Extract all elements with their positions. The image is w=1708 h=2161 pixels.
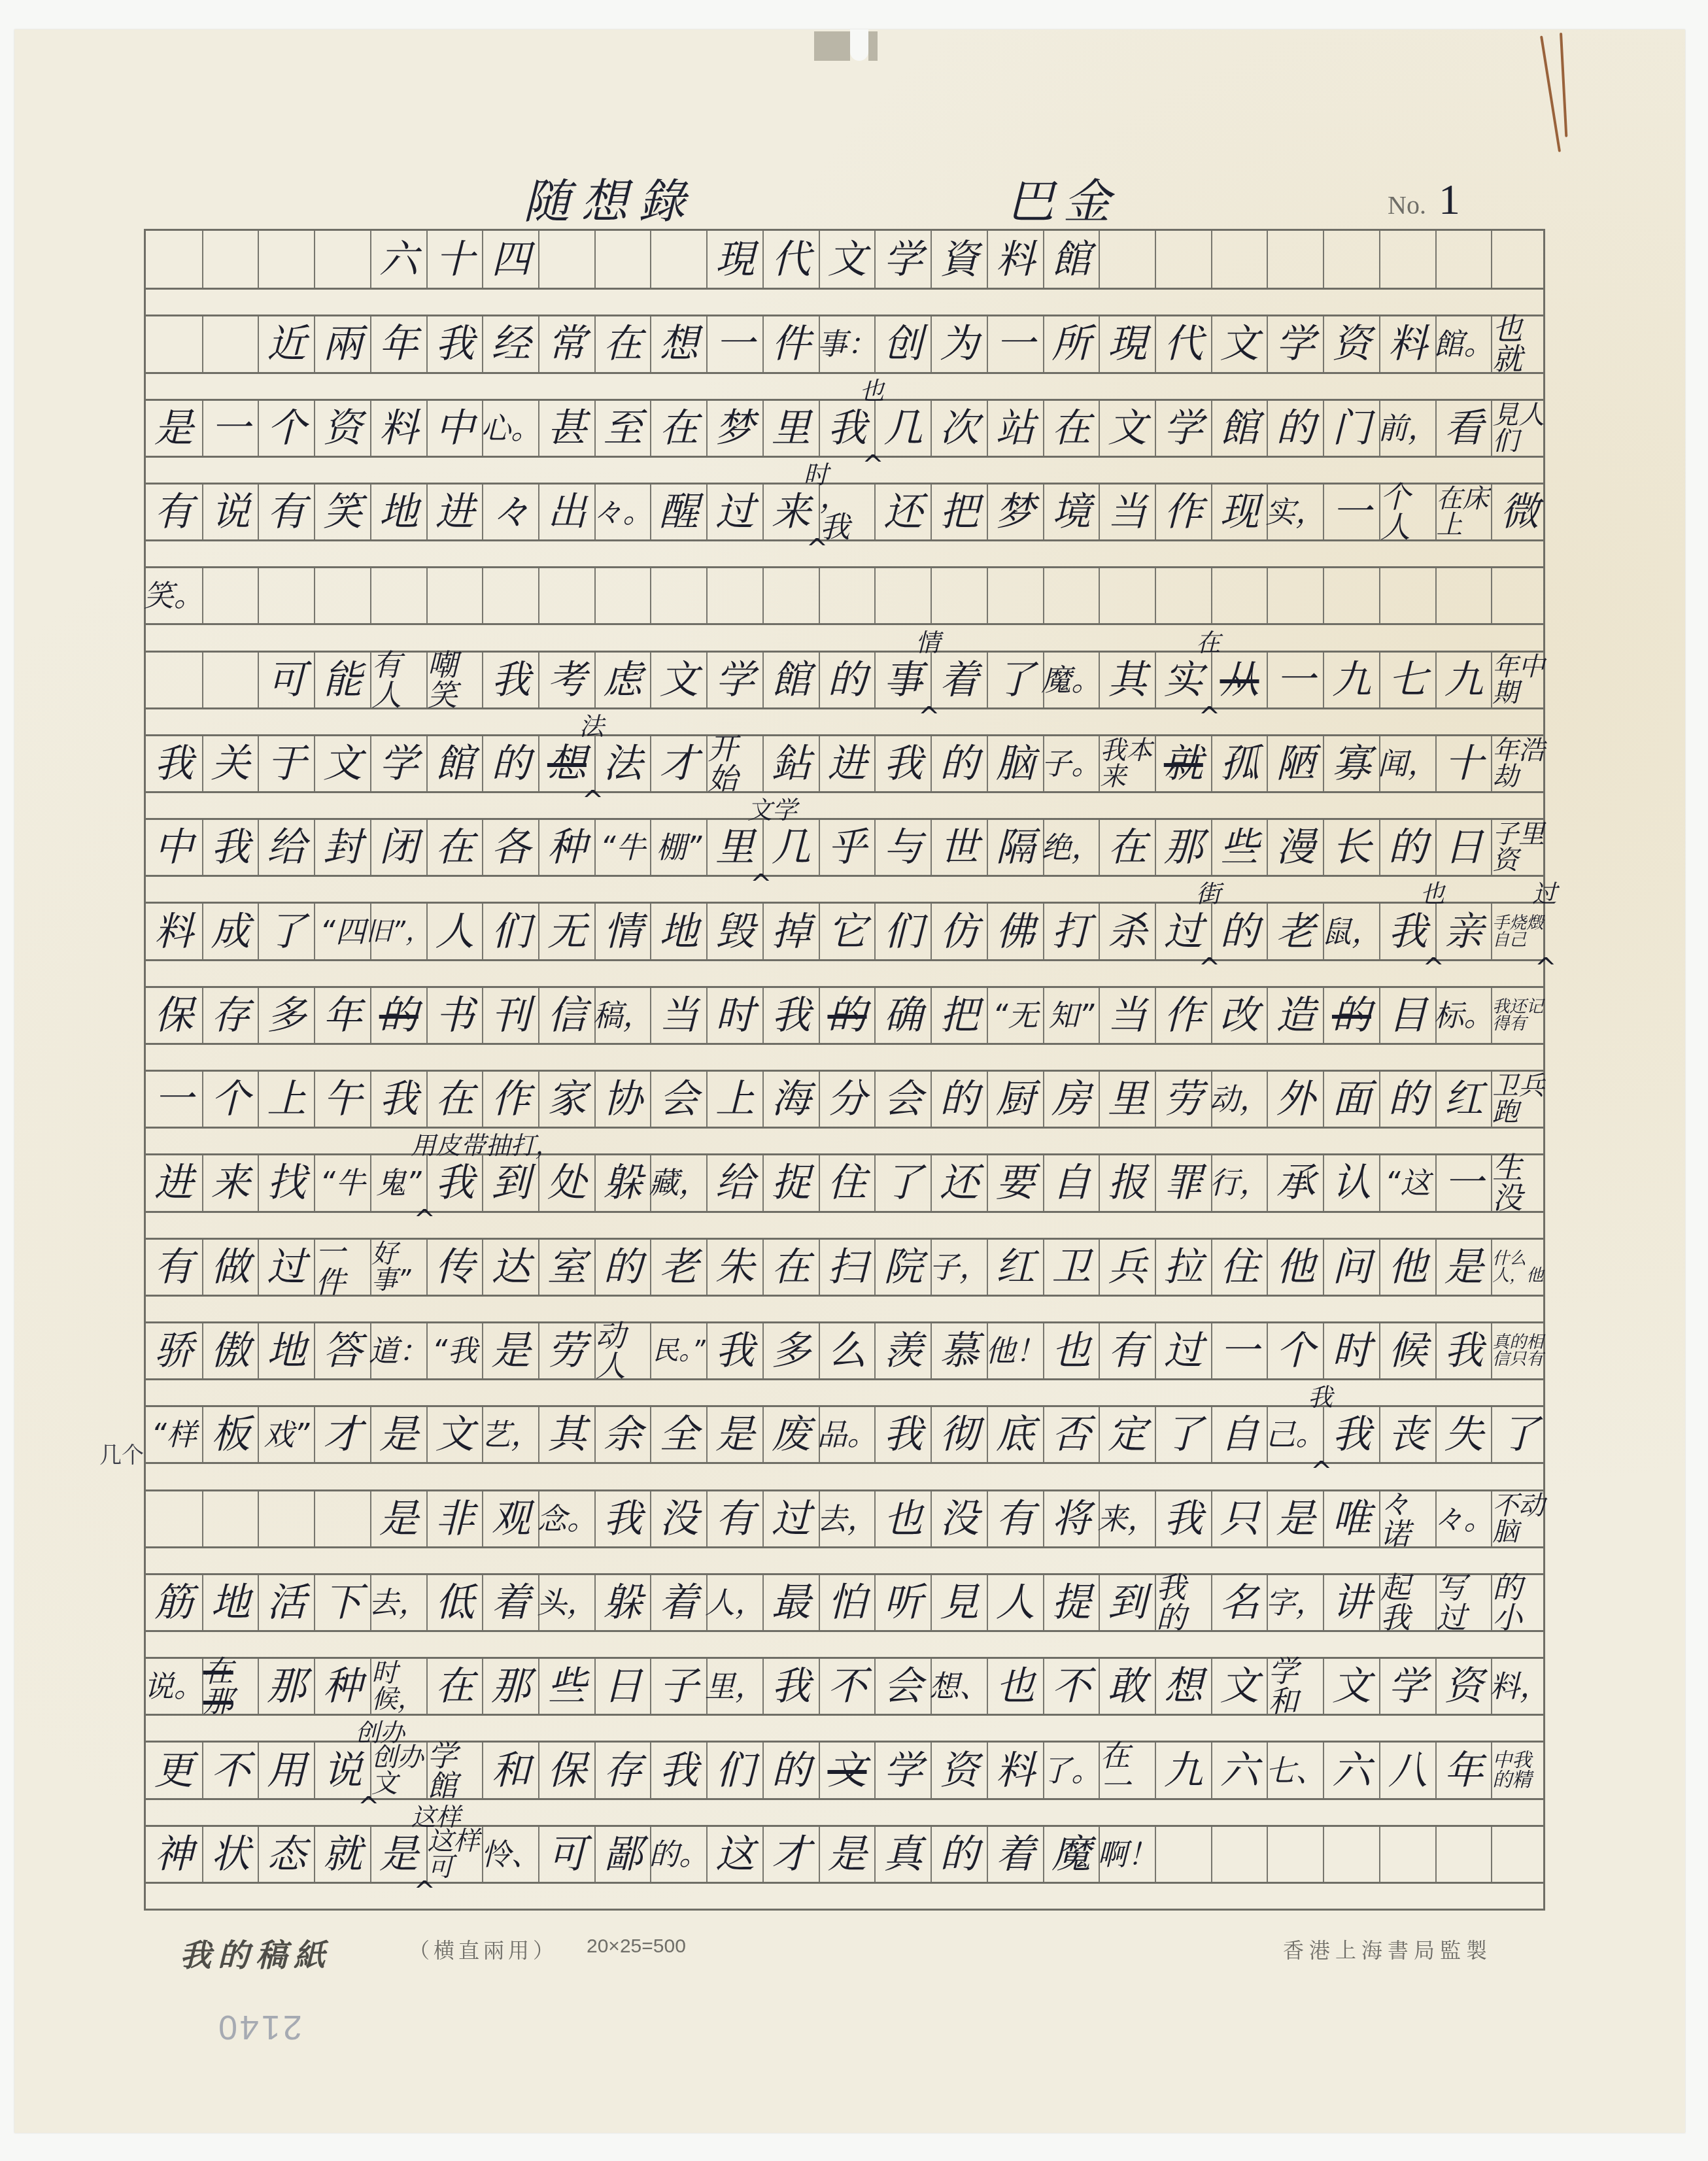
- grid-cell: 海: [762, 1072, 819, 1127]
- grid-cell: 文: [314, 736, 370, 791]
- grid-cell: 那: [482, 1659, 538, 1714]
- grid-cell: 低: [426, 1575, 483, 1630]
- grid-cell: 写过: [1435, 1575, 1492, 1630]
- grid-cell: 动人: [594, 1323, 651, 1378]
- grid-cell: [314, 231, 370, 288]
- grid-cell: [1435, 568, 1492, 623]
- grid-cell: 現: [706, 231, 762, 288]
- grid-cell: 绝，: [1043, 820, 1099, 875]
- grid-cell: 多: [258, 988, 314, 1043]
- grid-cell: 館。: [1435, 316, 1492, 371]
- grid-cell: 动，: [1211, 1072, 1267, 1127]
- grid-cell: 我还记得有: [1491, 988, 1547, 1043]
- grid-cell: 也就: [1491, 316, 1547, 371]
- grid-cell: 館: [1043, 231, 1099, 288]
- grid-cell: 起我: [1379, 1575, 1435, 1630]
- grid-cell: 有: [1099, 1323, 1155, 1378]
- grid-cell: 经: [482, 316, 538, 371]
- grid-cell: 子里资: [1491, 820, 1547, 875]
- grid-cell: 現: [1099, 316, 1155, 371]
- grid-cell: 怜、: [482, 1827, 538, 1882]
- grid-cell: 常: [538, 316, 594, 371]
- grid-cell: 当: [650, 988, 706, 1043]
- grid-cell: 进: [819, 736, 875, 791]
- grid-cell: 情: [594, 904, 651, 959]
- grid-cell: 出: [538, 485, 594, 539]
- grid-cell: 行，: [1211, 1155, 1267, 1210]
- grid-cell: 乎: [819, 820, 875, 875]
- grid-cell: 头，: [538, 1575, 594, 1630]
- grid-cell: 这样可: [426, 1827, 483, 1882]
- margin-note: 几个: [99, 1437, 144, 1469]
- grid-cell: 想: [538, 736, 594, 791]
- insertion-text: 也: [859, 371, 884, 407]
- grid-cell: 那: [258, 1659, 314, 1714]
- grid-cell: 々: [482, 485, 538, 539]
- grid-cell: 从: [1211, 653, 1267, 707]
- grid-cell: 料: [1379, 316, 1435, 371]
- grid-cell: 要: [987, 1155, 1043, 1210]
- grid-cell: 的: [762, 1743, 819, 1797]
- grid-cell: 我: [1379, 904, 1435, 959]
- grid-cell: [1267, 1827, 1323, 1882]
- grid-cell: 的: [819, 653, 875, 707]
- grid-cell: [202, 568, 258, 623]
- grid-cell: 微: [1491, 485, 1547, 539]
- grid-cell: 館: [426, 736, 483, 791]
- grid-cell: [1491, 1827, 1547, 1882]
- grid-cell: [146, 1491, 202, 1546]
- grid-cell: 更: [146, 1743, 202, 1797]
- grid-cell: 一: [1435, 1155, 1492, 1210]
- grid-cell: 会: [874, 1072, 931, 1127]
- grid-cell: 和: [482, 1743, 538, 1797]
- grid-cell: 境: [1043, 485, 1099, 539]
- grid-cell: 学: [370, 736, 426, 791]
- grid-cell: 丧: [1379, 1407, 1435, 1462]
- grid-cell: 去，: [370, 1575, 426, 1630]
- grid-cell: 扫: [819, 1240, 875, 1295]
- grid-cell: 将: [1043, 1491, 1099, 1546]
- grid-cell: 躲: [594, 1155, 651, 1210]
- grid-cell: 的: [819, 988, 875, 1043]
- manuscript-row: 说。在那那种时候，在那些日子里，我不会想、也不敢想文学和文学资料，: [146, 1657, 1543, 1716]
- grid-cell: 讲: [1323, 1575, 1379, 1630]
- insertion-caret-icon: ^: [358, 1792, 380, 1822]
- grid-cell: 才: [762, 1827, 819, 1882]
- grid-cell: [1379, 1827, 1435, 1882]
- manuscript-grid: 六十四現代文学資料館近兩年我经常在想一件事：创为一所現代文学资料館。也就是一个资…: [144, 229, 1545, 1911]
- grid-cell: 提: [1043, 1575, 1099, 1630]
- grid-cell: 人: [426, 904, 483, 959]
- grid-cell: 甚: [538, 401, 594, 456]
- grid-cell: 年: [1435, 1743, 1492, 1797]
- grid-cell: 好事”: [370, 1240, 426, 1295]
- grid-cell: 々诺: [1379, 1491, 1435, 1546]
- grid-cell: 藏，: [650, 1155, 706, 1210]
- grid-cell: ，我: [819, 485, 875, 539]
- grid-cell: [1155, 1827, 1211, 1882]
- grid-cell: [1323, 568, 1379, 623]
- grid-cell: 笑。: [146, 568, 202, 623]
- grid-cell: 罪: [1155, 1155, 1211, 1210]
- grid-cell: 几: [874, 401, 931, 456]
- grid-cell: 在床上: [1435, 485, 1492, 539]
- grid-cell: 个: [1267, 1323, 1323, 1378]
- grid-cell: 在: [1099, 820, 1155, 875]
- grid-cell: 啊！: [1099, 1827, 1155, 1882]
- grid-cell: 自: [1211, 1407, 1267, 1462]
- grid-cell: 有: [706, 1491, 762, 1546]
- grid-cell: 成: [202, 904, 258, 959]
- grid-cell: 看: [1435, 401, 1492, 456]
- grid-cell: 卫兵跑: [1491, 1072, 1547, 1127]
- grid-cell: 地: [202, 1575, 258, 1630]
- grid-cell: 館: [762, 653, 819, 707]
- grid-cell: 地: [370, 485, 426, 539]
- grid-cell: 中: [426, 401, 483, 456]
- grid-cell: 个: [258, 401, 314, 456]
- grid-cell: 能: [314, 653, 370, 707]
- grid-cell: 候: [1379, 1323, 1435, 1378]
- grid-cell: 为: [931, 316, 987, 371]
- grid-cell: 改: [1211, 988, 1267, 1043]
- manuscript-row: 骄傲地答道：“我是劳动人民。”我多么羡慕他！也有过一个时候我真的相信只有: [146, 1321, 1543, 1380]
- grid-cell: 其: [1099, 653, 1155, 707]
- grid-cell: 也: [1043, 1323, 1099, 1378]
- grid-cell: 料: [987, 1743, 1043, 1797]
- grid-cell: 資: [931, 231, 987, 288]
- grid-cell: 与: [874, 820, 931, 875]
- grid-cell: 料: [987, 231, 1043, 288]
- grid-cell: 关: [202, 736, 258, 791]
- grid-cell: [1323, 1827, 1379, 1882]
- grid-cell: 一: [1323, 485, 1379, 539]
- grid-cell: 闭: [370, 820, 426, 875]
- grid-cell: 一: [1211, 1323, 1267, 1378]
- grid-cell: 一件: [314, 1240, 370, 1295]
- insertion-text: 创办: [355, 1712, 405, 1748]
- grid-cell: 活: [258, 1575, 314, 1630]
- grid-cell: 一: [1267, 653, 1323, 707]
- grid-cell: 否: [1043, 1407, 1099, 1462]
- grid-cell: 资: [314, 401, 370, 456]
- author-name: 巴金: [1007, 163, 1119, 231]
- grid-cell: 过: [1155, 1323, 1211, 1378]
- grid-cell: 信: [538, 988, 594, 1043]
- grid-cell: 会: [650, 1072, 706, 1127]
- grid-cell: 废: [762, 1407, 819, 1462]
- archive-number: 2140: [216, 2007, 302, 2047]
- grid-cell: 的: [1211, 904, 1267, 959]
- grid-cell: [1211, 1827, 1267, 1882]
- grid-cell: 有: [987, 1491, 1043, 1546]
- grid-cell: 资: [931, 1743, 987, 1797]
- grid-cell: [1491, 231, 1547, 288]
- grid-cell: 的: [594, 1240, 651, 1295]
- insertion-caret-icon: ^: [1310, 1457, 1333, 1487]
- grid-cell: [650, 231, 706, 288]
- grid-cell: 作: [482, 1072, 538, 1127]
- grid-cell: 字，: [1267, 1575, 1323, 1630]
- grid-cell: 醒: [650, 485, 706, 539]
- grid-cell: 达: [482, 1240, 538, 1295]
- grid-cell: 筋: [146, 1575, 202, 1630]
- manuscript-row: 可能有人嘲笑我考虑文学館的事着了魔。其实从一九七九年中期: [146, 651, 1543, 709]
- grid-cell: 标。: [1435, 988, 1492, 1043]
- grid-cell: 七: [1379, 653, 1435, 707]
- grid-cell: “牛: [594, 820, 651, 875]
- grid-cell: 创办文: [370, 1743, 426, 1797]
- grid-cell: 拉: [1155, 1240, 1211, 1295]
- insertion-caret-icon: ^: [750, 870, 772, 900]
- grid-cell: 在: [426, 1072, 483, 1127]
- grid-cell: [874, 568, 931, 623]
- grid-cell: 在: [762, 1240, 819, 1295]
- grid-cell: 没: [931, 1491, 987, 1546]
- grid-cell: 子。: [1043, 736, 1099, 791]
- grid-cell: 状: [202, 1827, 258, 1882]
- insertion-text: 我: [1308, 1377, 1333, 1413]
- insertion-caret-icon: ^: [1535, 953, 1557, 983]
- grid-cell: [1379, 568, 1435, 623]
- grid-cell: 見: [931, 1575, 987, 1630]
- grid-cell: 的: [482, 736, 538, 791]
- grid-cell: 当: [1099, 485, 1155, 539]
- grid-cell: 文: [1323, 1659, 1379, 1714]
- grid-cell: 老: [1267, 904, 1323, 959]
- grid-cell: 他: [1267, 1240, 1323, 1295]
- grid-cell: [202, 231, 258, 288]
- grid-cell: 我: [202, 820, 258, 875]
- grid-cell: [1155, 231, 1211, 288]
- grid-cell: “这: [1379, 1155, 1435, 1210]
- insertion-caret-icon: ^: [806, 534, 828, 564]
- grid-cell: 是: [370, 1827, 426, 1882]
- grid-cell: 我: [762, 988, 819, 1043]
- grid-cell: 在: [594, 316, 651, 371]
- grid-cell: [146, 316, 202, 371]
- grid-cell: [202, 316, 258, 371]
- grid-cell: 到: [482, 1155, 538, 1210]
- grid-cell: 事: [874, 653, 931, 707]
- grid-cell: 了: [258, 904, 314, 959]
- grid-cell: 时候，: [370, 1659, 426, 1714]
- grid-cell: 見人们: [1491, 401, 1547, 456]
- grid-cell: 过: [258, 1240, 314, 1295]
- grid-cell: 个人: [1379, 485, 1435, 539]
- grid-cell: 自: [1043, 1155, 1099, 1210]
- grid-cell: 们: [482, 904, 538, 959]
- grid-cell: 我: [594, 1491, 651, 1546]
- grid-cell: 这: [706, 1827, 762, 1882]
- insertion-text: 时: [804, 454, 828, 490]
- grid-cell: 文: [426, 1407, 483, 1462]
- grid-cell: 去，: [819, 1491, 875, 1546]
- grid-cell: 保: [538, 1743, 594, 1797]
- grid-cell: 闻，: [1379, 736, 1435, 791]
- grid-cell: 十: [1435, 736, 1492, 791]
- grid-cell: 鉆: [762, 736, 819, 791]
- grid-cell: 文: [1211, 1659, 1267, 1714]
- grid-cell: [258, 568, 314, 623]
- insertion-text: 在: [1196, 622, 1221, 658]
- insertion-caret-icon: ^: [1199, 953, 1221, 983]
- grid-cell: 生没: [1491, 1155, 1547, 1210]
- grid-cell: [931, 568, 987, 623]
- grid-cell: 想、: [931, 1659, 987, 1714]
- grid-cell: 来: [762, 485, 819, 539]
- grid-cell: 的: [1379, 820, 1435, 875]
- grid-cell: 我本来: [1099, 736, 1155, 791]
- grid-cell: 日: [594, 1659, 651, 1714]
- paper-spec: 20×25=500: [587, 1935, 686, 1958]
- grid-cell: 现: [1211, 485, 1267, 539]
- grid-cell: [146, 231, 202, 288]
- grid-cell: 书: [426, 988, 483, 1043]
- grid-cell: 館: [1211, 401, 1267, 456]
- grid-cell: 真的相信只有: [1491, 1323, 1547, 1378]
- grid-cell: [650, 568, 706, 623]
- grid-cell: 杀: [1099, 904, 1155, 959]
- grid-cell: [1043, 568, 1099, 623]
- grid-cell: 九: [1155, 1743, 1211, 1797]
- grid-cell: 做: [202, 1240, 258, 1295]
- insertion-text: 过: [1532, 874, 1557, 910]
- grid-cell: 作: [1155, 988, 1211, 1043]
- insertion-text: 法: [579, 706, 604, 742]
- grid-cell: 次: [931, 401, 987, 456]
- grid-cell: [706, 568, 762, 623]
- grid-cell: [482, 568, 538, 623]
- grid-cell: 才: [650, 736, 706, 791]
- grid-cell: 确: [874, 988, 931, 1043]
- grid-cell: 保: [146, 988, 202, 1043]
- grid-cell: 家: [538, 1072, 594, 1127]
- insertion-caret-icon: ^: [414, 1205, 436, 1235]
- grid-cell: 了: [1155, 1407, 1211, 1462]
- grid-cell: 最: [762, 1575, 819, 1630]
- grid-cell: 棚”: [650, 820, 706, 875]
- grid-cell: [1211, 231, 1267, 288]
- grid-cell: 观: [482, 1491, 538, 1546]
- grid-cell: [1267, 568, 1323, 623]
- grid-cell: 问: [1323, 1240, 1379, 1295]
- grid-cell: “牛: [314, 1155, 370, 1210]
- grid-cell: 着: [931, 653, 987, 707]
- grid-cell: 长: [1323, 820, 1379, 875]
- page-number: 1: [1439, 175, 1460, 225]
- grid-cell: 稿，: [594, 988, 651, 1043]
- manuscript-row: 近兩年我经常在想一件事：创为一所現代文学资料館。也就: [146, 315, 1543, 373]
- grid-cell: 进: [146, 1155, 202, 1210]
- grid-cell: 在: [1043, 401, 1099, 456]
- grid-cell: 不: [1043, 1659, 1099, 1714]
- grid-cell: 是: [1435, 1240, 1492, 1295]
- grid-cell: [538, 568, 594, 623]
- grid-cell: 躲: [594, 1575, 651, 1630]
- grid-cell: 找: [258, 1155, 314, 1210]
- manuscript-row: “样板戏”才是文艺，其余全是废品。我彻底否定了自己。我丧失了: [146, 1405, 1543, 1464]
- grid-cell: 存: [202, 988, 258, 1043]
- grid-cell: 了。: [1043, 1743, 1099, 1797]
- grid-cell: 答: [314, 1323, 370, 1378]
- grid-cell: 底: [987, 1407, 1043, 1462]
- grid-cell: 的: [931, 1827, 987, 1882]
- grid-cell: [314, 568, 370, 623]
- grid-cell: 脑: [987, 736, 1043, 791]
- paper-publisher: 香港上海書局監製: [1283, 1934, 1492, 1964]
- grid-cell: 的: [1323, 988, 1379, 1043]
- grid-cell: [370, 568, 426, 623]
- grid-cell: 着: [650, 1575, 706, 1630]
- grid-cell: [1155, 568, 1211, 623]
- clip-mark: [868, 31, 878, 61]
- grid-cell: “四: [314, 904, 370, 959]
- grid-cell: 六: [370, 231, 426, 288]
- grid-cell: 文: [1211, 316, 1267, 371]
- grid-cell: 是: [370, 1491, 426, 1546]
- grid-cell: 民。”: [650, 1323, 706, 1378]
- grid-cell: 是: [706, 1407, 762, 1462]
- grid-cell: 它: [819, 904, 875, 959]
- grid-cell: 创: [874, 316, 931, 371]
- grid-cell: 魔。: [1043, 653, 1099, 707]
- grid-cell: 学: [1267, 316, 1323, 371]
- grid-cell: 羡: [874, 1323, 931, 1378]
- grid-cell: 日: [1435, 820, 1492, 875]
- grid-cell: 只: [1211, 1491, 1267, 1546]
- grid-cell: 认: [1323, 1155, 1379, 1210]
- grid-cell: 是: [370, 1407, 426, 1462]
- series-title: 随想錄: [523, 163, 696, 231]
- insertion-caret-icon: ^: [918, 702, 940, 732]
- grid-cell: 的: [1379, 1072, 1435, 1127]
- grid-cell: 七、: [1267, 1743, 1323, 1797]
- grid-cell: 过: [1155, 904, 1211, 959]
- grid-cell: 我: [370, 1072, 426, 1127]
- grid-cell: 其: [538, 1407, 594, 1462]
- grid-cell: [202, 1491, 258, 1546]
- grid-cell: 于: [258, 736, 314, 791]
- grid-cell: 的小: [1491, 1575, 1547, 1630]
- grid-cell: 文: [819, 1743, 875, 1797]
- insertion-text: 这样: [411, 1797, 461, 1833]
- grid-cell: 上: [258, 1072, 314, 1127]
- grid-cell: 进: [426, 485, 483, 539]
- grid-cell: 过: [762, 1491, 819, 1546]
- grid-cell: 念。: [538, 1491, 594, 1546]
- grid-cell: 鬼”: [370, 1155, 426, 1210]
- manuscript-row: 中我给封闭在各种“牛棚”里几乎与世隔绝，在那些漫长的日子里资: [146, 818, 1543, 877]
- grid-cell: 鄙: [594, 1827, 651, 1882]
- grid-cell: 手烧燬自己: [1491, 904, 1547, 959]
- grid-cell: 什么人，他: [1491, 1240, 1547, 1295]
- grid-cell: 给: [258, 820, 314, 875]
- grid-cell: 六: [1211, 1743, 1267, 1797]
- grid-cell: [258, 231, 314, 288]
- grid-cell: 笑: [314, 485, 370, 539]
- grid-cell: 传: [426, 1240, 483, 1295]
- grid-cell: 非: [426, 1491, 483, 1546]
- grid-cell: 来，: [1099, 1491, 1155, 1546]
- grid-cell: “样: [146, 1407, 202, 1462]
- grid-cell: 我: [1155, 1491, 1211, 1546]
- grid-cell: 我: [426, 1155, 483, 1210]
- grid-cell: 文: [819, 231, 875, 288]
- grid-cell: 们: [874, 904, 931, 959]
- grid-cell: 不: [202, 1743, 258, 1797]
